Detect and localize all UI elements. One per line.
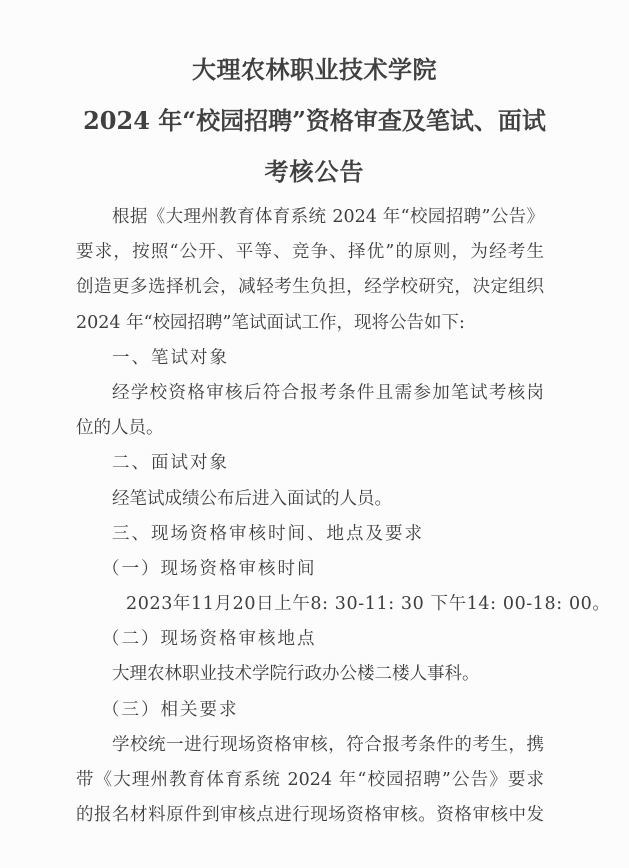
section-heading-interview-target: 二、面试对象 <box>76 446 544 481</box>
section1-line: 经学校资格审核后符合报考条件且需参加笔试考核岗 <box>76 376 544 411</box>
intro-line: 根据《大理州教育体育系统 2024 年“校园招聘”公告》 <box>76 200 544 235</box>
intro-line: 2024 年“校园招聘”笔试面试工作，现将公告如下: <box>76 306 544 341</box>
requirements-line: 的报名材料原件到审核点进行现场资格审核。资格审核中发 <box>76 798 544 833</box>
subsection-heading-requirements: （三）相关要求 <box>76 693 544 728</box>
section2-line: 经笔试成绩公布后进入面试的人员。 <box>76 482 544 517</box>
review-location-text: 大理农林职业技术学院行政办公楼二楼人事科。 <box>76 657 544 692</box>
document-page: 大理农林职业技术学院 2024 年“校园招聘”资格审查及笔试、面试 考核公告 根… <box>0 0 629 868</box>
document-title-type: 考核公告 <box>0 157 629 187</box>
section-heading-onsite-review: 三、现场资格审核时间、地点及要求 <box>76 517 544 552</box>
document-title-institution: 大理农林职业技术学院 <box>0 55 629 85</box>
subsection-heading-review-location: （二）现场资格审核地点 <box>76 622 544 657</box>
subsection-heading-review-time: （一）现场资格审核时间 <box>76 552 544 587</box>
document-body: 根据《大理州教育体育系统 2024 年“校园招聘”公告》 要求，按照“公开、平等… <box>76 200 544 833</box>
intro-line: 创造更多选择机会，减轻考生负担，经学校研究，决定组织 <box>76 270 544 305</box>
document-title-subject: 2024 年“校园招聘”资格审查及笔试、面试 <box>0 106 629 136</box>
requirements-line: 学校统一进行现场资格审核，符合报考条件的考生，携 <box>76 728 544 763</box>
requirements-line: 带《大理州教育体育系统 2024 年“校园招聘”公告》要求 <box>76 763 544 798</box>
intro-line: 要求，按照“公开、平等、竞争、择优”的原则，为经考生 <box>76 235 544 270</box>
review-time-text: 2023年11月20日上午8: 30-11: 30 下午14: 00-18: 0… <box>76 587 544 622</box>
section-heading-written-exam-target: 一、笔试对象 <box>76 341 544 376</box>
section1-line: 位的人员。 <box>76 411 544 446</box>
